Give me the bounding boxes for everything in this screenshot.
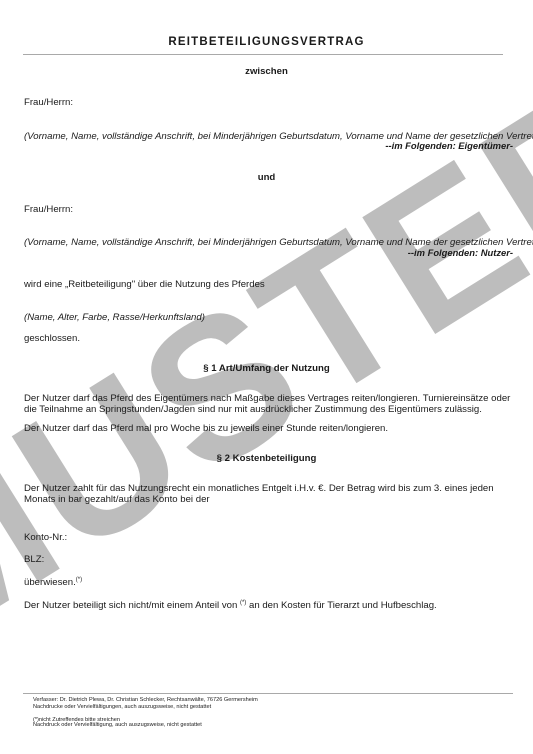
footnote-mark: (*): [76, 577, 82, 583]
and-label: und: [0, 172, 533, 184]
party1-role: --im Folgenden: Eigentümer-: [385, 140, 513, 151]
between-label: zwischen: [0, 66, 533, 78]
document-title: REITBETEILIGUNGSVERTRAG: [0, 36, 533, 50]
title-rule: [23, 54, 503, 55]
horse-intro: wird eine „Reitbeteiligung" über die Nut…: [24, 279, 265, 291]
footer-rule: [23, 693, 513, 694]
section2-para2-before: Der Nutzer beteiligt sich nicht/mit eine…: [24, 600, 237, 611]
footer-copyright: Nachdrucke oder Vervielfältigungen, auch…: [33, 704, 211, 711]
section1-para2: Der Nutzer darf das Pferd mal pro Woche …: [24, 423, 388, 435]
section1-para1: Der Nutzer darf das Pferd des Eigentümer…: [24, 393, 514, 415]
footnote-mark: (*): [240, 600, 246, 606]
account-number-label: Konto-Nr.:: [24, 532, 67, 544]
blz-label: BLZ:: [24, 554, 44, 566]
footer-authors: Verfasser: Dr. Dietrich Plewa, Dr. Chris…: [33, 697, 258, 704]
section1-heading: § 1 Art/Umfang der Nutzung: [0, 363, 533, 375]
section2-heading: § 2 Kostenbeteiligung: [0, 453, 533, 465]
concluded-text: geschlossen.: [24, 333, 80, 345]
section2-para1: Der Nutzer zahlt für das Nutzungsrecht e…: [24, 483, 514, 505]
section2-para2-after: an den Kosten für Tierarzt und Hufbeschl…: [249, 600, 437, 611]
transferred-label: überwiesen.: [24, 577, 76, 588]
footer-copyright-repeat: Nachdruck oder Vervielfältigung, auch au…: [33, 722, 202, 729]
transferred-text: überwiesen.(*): [24, 577, 82, 589]
section2-para2: Der Nutzer beteiligt sich nicht/mit eine…: [24, 600, 437, 612]
party1-label: Frau/Herrn:: [24, 97, 73, 109]
horse-hint: (Name, Alter, Farbe, Rasse/Herkunftsland…: [24, 312, 205, 324]
party2-label: Frau/Herrn:: [24, 204, 73, 216]
party2-role: --im Folgenden: Nutzer-: [408, 247, 513, 258]
